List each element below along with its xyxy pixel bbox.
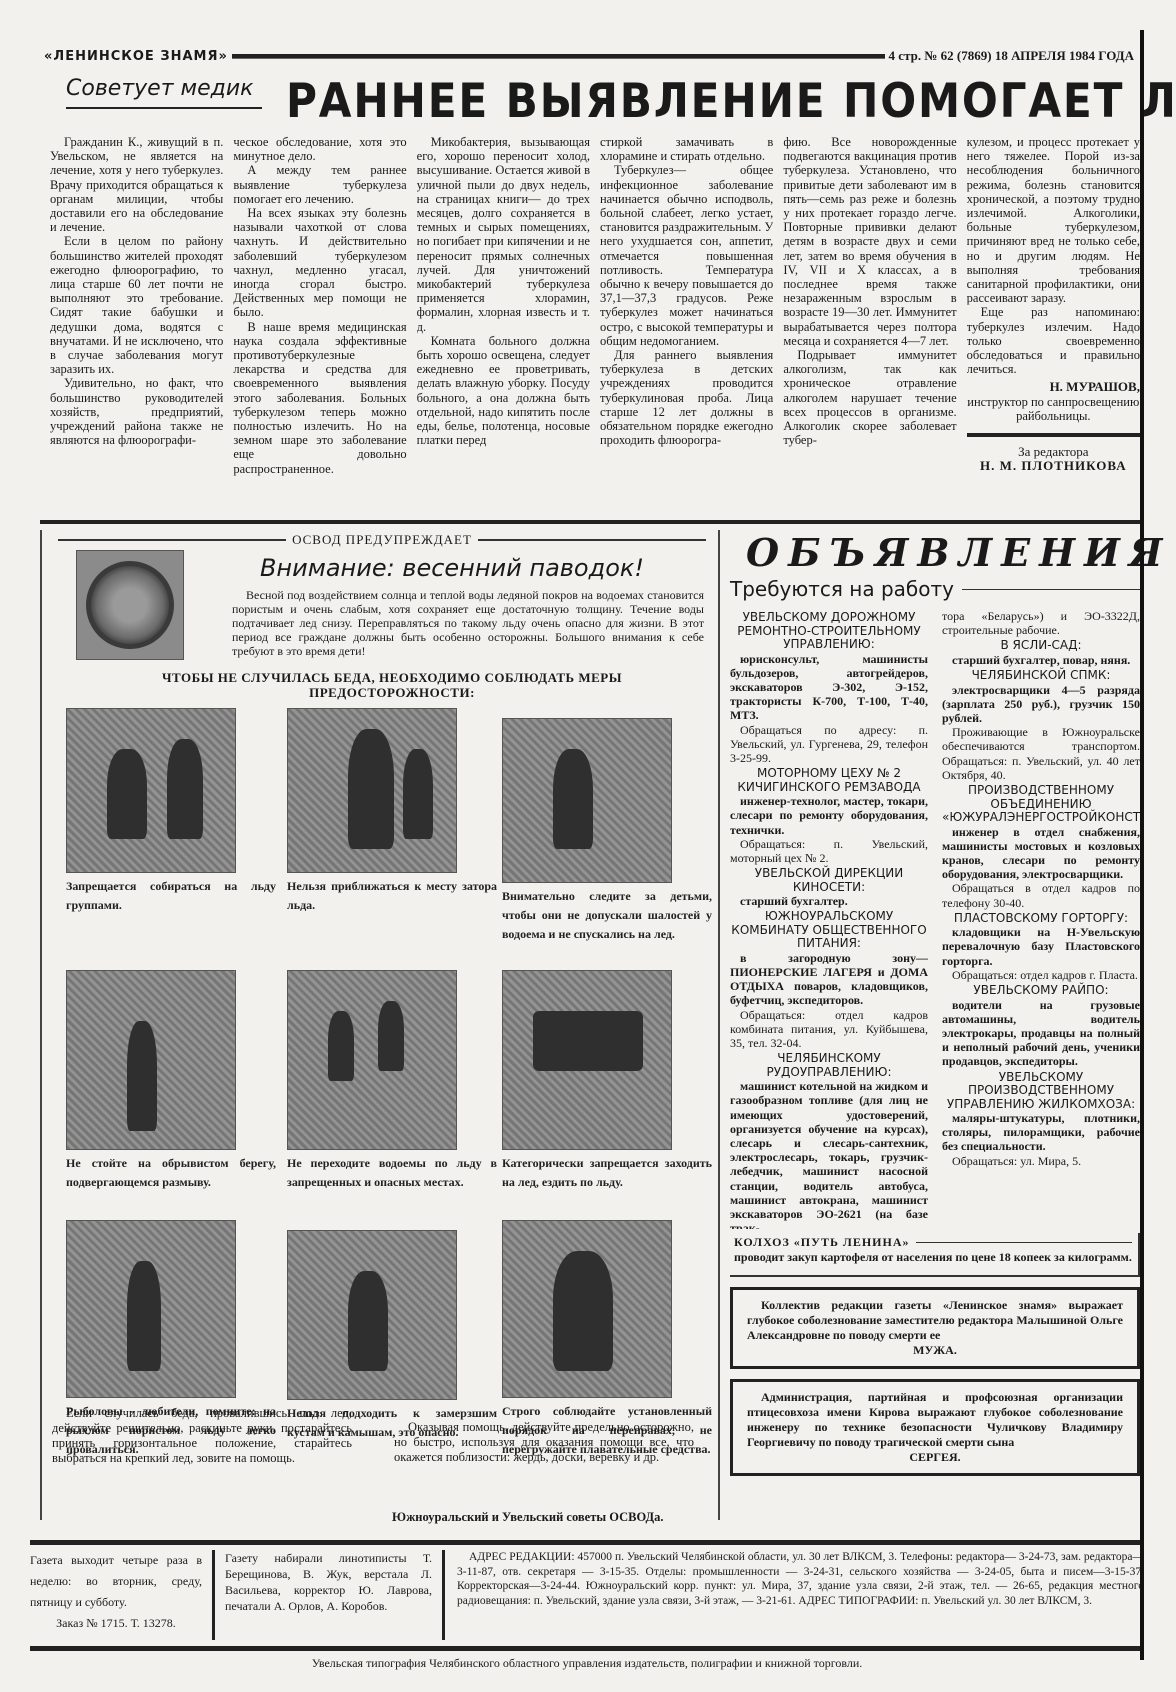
job-column-1: УВЕЛЬСКОМУ ДОРОЖНОМУ РЕМОНТНО-СТРОИТЕЛЬН…	[730, 609, 928, 1229]
job-contact: Обращаться: отдел кадров г. Пласта.	[942, 968, 1140, 982]
paragraph: ческое обследование, хотя это минутное д…	[233, 135, 406, 163]
employer-name: ЧЕЛЯБИНСКОЙ СПМК:	[942, 669, 1140, 683]
condolence-notice-1: Коллектив редакции газеты «Ленинское зна…	[730, 1287, 1140, 1369]
printer-line: Увельская типография Челябинского област…	[30, 1656, 1144, 1671]
job-contact: Обращаться: отдел кадров комбината питан…	[730, 1008, 928, 1051]
paragraph: Гражданин К., живущий в п. Увельском, не…	[50, 135, 223, 234]
item-caption: Не переходите водоемы по льду в запрещен…	[287, 1154, 497, 1192]
kolkhoz-text: проводит закуп картофеля от населения по…	[734, 1250, 1132, 1264]
illustration-image	[287, 708, 457, 873]
job-positions: старший бухгалтер, повар, няня.	[952, 653, 1130, 667]
item-caption: Категорически запрещается заходить на ле…	[502, 1154, 712, 1192]
warning-intro: Весной под воздействием солнца и теплой …	[232, 588, 704, 658]
employer-name: УВЕЛЬСКОМУ ПРОИЗВОДСТВЕННОМУ УПРАВЛЕНИЮ …	[942, 1071, 1140, 1112]
imprint-footer: Газета выходит четыре раза в неделю: во …	[30, 1550, 1144, 1640]
employer-name: ПЛАСТОВСКОМУ ГОРТОРГУ:	[942, 912, 1140, 926]
condolence-name: СЕРГЕЯ.	[747, 1450, 1123, 1465]
paragraph: Подрывает иммунитет алкоголизм, так как …	[783, 348, 956, 447]
article-headline: РАННЕЕ ВЫЯВЛЕНИЕ ПОМОГАЕТ ЛЕЧЕНИЮ	[286, 74, 1051, 129]
job-contact: Проживающие в Южноуральске обеспечиваютс…	[942, 725, 1140, 782]
section-divider	[40, 520, 1144, 524]
author-title: инструктор по санпросвещению райбольницы…	[967, 395, 1140, 423]
page-edge	[1140, 30, 1144, 1660]
paragraph: Комната больного должна быть хорошо осве…	[417, 334, 590, 448]
help-text-left: Если случилась беда, провалившись под ле…	[52, 1406, 352, 1466]
item-caption: Не стойте на обрывистом берегу, подверга…	[66, 1154, 276, 1192]
job-column-2: тора «Беларусь») и ЭО-3322Д, строительны…	[942, 609, 1140, 1229]
paragraph: Туберкулез— общее инфекционное заболеван…	[600, 163, 773, 348]
kolkhoz-heading: КОЛХОЗ «ПУТЬ ЛЕНИНА»	[734, 1235, 910, 1250]
issue-line: 4 стр. № 62 (7869) 18 АПРЕЛЯ 1984 ГОДА	[889, 48, 1134, 64]
order-number: Заказ № 1715. Т. 13278.	[30, 1613, 202, 1634]
job-contact: Обращаться в отдел кадров по телефону 30…	[942, 881, 1140, 909]
job-positions: машинист котельной на жидком и газообраз…	[730, 1079, 928, 1229]
safety-item: Запрещается собираться на льду группами.	[66, 708, 276, 915]
illustration-image	[502, 1220, 672, 1398]
article-body: Гражданин К., живущий в п. Увельском, не…	[50, 135, 1140, 510]
job-positions: водители на грузовые автомашины, водител…	[942, 998, 1140, 1069]
job-positions: старший бухгалтер.	[740, 894, 848, 908]
job-positions: в загородную зону— ПИОНЕРСКИЕ ЛАГЕРЯ и Д…	[730, 951, 928, 1008]
osvod-section: ОСВОД ПРЕДУПРЕЖДАЕТ Внимание: весенний п…	[40, 530, 720, 1520]
bottom-rule	[30, 1646, 1144, 1651]
publication-schedule: Газета выходит четыре раза в неделю: во …	[30, 1550, 215, 1640]
safety-item: Не стойте на обрывистом берегу, подверга…	[66, 970, 276, 1192]
illustration-image	[66, 970, 236, 1150]
editor-label: За редактора	[967, 445, 1140, 459]
paragraph: Если в целом по району большинство жител…	[50, 234, 223, 376]
ads-subtitle-text: Требуются на работу	[730, 577, 954, 601]
article-kicker: Советует медик	[66, 76, 262, 109]
condolence-notice-2: Администрация, партийная и профсоюзная о…	[730, 1379, 1140, 1476]
item-caption: Внимательно следите за детьми, чтобы они…	[502, 887, 712, 944]
illustration-image	[287, 970, 457, 1150]
safety-item: Не переходите водоемы по льду в запрещен…	[287, 970, 497, 1192]
schedule-text: Газета выходит четыре раза в неделю: во …	[30, 1550, 202, 1613]
paragraph: Микобактерия, вызывающая его, хорошо пер…	[417, 135, 590, 334]
paragraph: В наше время медицинская наука создала э…	[233, 320, 406, 476]
paragraph: кулезом, и процесс протекает у него тяже…	[967, 135, 1140, 305]
editor-name: Н. М. ПЛОТНИКОВА	[980, 458, 1127, 473]
job-positions: инженер в отдел снабжения, машинисты мос…	[942, 825, 1140, 882]
job-contact: Обращаться: ул. Мира, 5.	[942, 1154, 1140, 1168]
employer-name: ЮЖНОУРАЛЬСКОМУ КОМБИНАТУ ОБЩЕСТВЕННОГО П…	[730, 910, 928, 951]
condolence-name: МУЖА.	[747, 1343, 1123, 1358]
article-column-5: фию. Все новорожденные подвегаются вакци…	[783, 135, 956, 510]
article-column-1: Гражданин К., живущий в п. Увельском, не…	[50, 135, 223, 510]
rules-heading: ЧТОБЫ НЕ СЛУЧИЛАСЬ БЕДА, НЕОБХОДИМО СОБЛ…	[102, 670, 682, 700]
illustration-image	[502, 970, 672, 1150]
article-column-6: кулезом, и процесс протекает у него тяже…	[967, 135, 1140, 510]
safety-item: Внимательно следите за детьми, чтобы они…	[502, 718, 712, 944]
item-caption: Запрещается собираться на льду группами.	[66, 877, 276, 915]
paper-name: «ЛЕНИНСКОЕ ЗНАМЯ»	[44, 49, 228, 64]
paragraph: Удивительно, но факт, что большинство ру…	[50, 376, 223, 447]
job-contact: Обращаться по адресу: п. Увельский, ул. …	[730, 723, 928, 766]
editor-rule	[967, 433, 1140, 437]
employer-name: ПРОИЗВОДСТВЕННОМУ ОБЪЕДИНЕНИЮ «ЮЖУРАЛЭНЕ…	[942, 784, 1140, 825]
illustration-image	[66, 1220, 236, 1398]
author-name: Н. МУРАШОВ,	[967, 380, 1140, 394]
job-positions: юрисконсульт, машинисты бульдозеров, авт…	[730, 652, 928, 723]
osvod-signature: Южноуральский и Увельский советы ОСВОДа.	[392, 1510, 664, 1525]
kolkhoz-notice: КОЛХОЗ «ПУТЬ ЛЕНИНА» проводит закуп карт…	[730, 1233, 1140, 1277]
job-listings: УВЕЛЬСКОМУ ДОРОЖНОМУ РЕМОНТНО-СТРОИТЕЛЬН…	[730, 609, 1140, 1229]
staff-credits: Газету набирали линотиписты Т. Берещинов…	[215, 1550, 445, 1640]
paragraph: Для раннего выявления туберкулеза в детс…	[600, 348, 773, 447]
editorial-address: АДРЕС РЕДАКЦИИ: 457000 п. Увельский Челя…	[445, 1550, 1144, 1640]
condolence-text: Коллектив редакции газеты «Ленинское зна…	[747, 1298, 1123, 1342]
item-caption: Нельзя приближаться к месту затора льда.	[287, 877, 497, 915]
employer-name: ЧЕЛЯБИНСКОМУ РУДОУПРАВЛЕНИЮ:	[730, 1052, 928, 1079]
article-column-3: Микобактерия, вызывающая его, хорошо пер…	[417, 135, 590, 510]
osvod-emblem-icon	[76, 550, 184, 660]
ads-subtitle: Требуются на работу	[730, 577, 1140, 601]
job-positions: кладовщики на Н-Увельскую перевалочную б…	[942, 925, 1140, 967]
help-text-right: Оказывая помощь, действуйте предельно ос…	[394, 1420, 694, 1465]
safety-item: Нельзя приближаться к месту затора льда.	[287, 708, 497, 915]
paragraph: На всех языках эту болезнь называли чахо…	[233, 206, 406, 320]
warning-title: Внимание: весенний паводок!	[232, 554, 672, 582]
employer-name: УВЕЛЬСКОЙ ДИРЕКЦИИ КИНОСЕТИ:	[730, 867, 928, 894]
paragraph: А между тем раннее выявление туберкулеза…	[233, 163, 406, 206]
illustration-image	[502, 718, 672, 883]
employer-name: УВЕЛЬСКОМУ ДОРОЖНОМУ РЕМОНТНО-СТРОИТЕЛЬН…	[730, 611, 928, 652]
job-positions: электросварщики 4—5 разряда (зарплата 25…	[942, 683, 1140, 725]
illustration-image	[66, 708, 236, 873]
paragraph: стиркой замачивать в хлорамине и стирать…	[600, 135, 773, 163]
masthead: «ЛЕНИНСКОЕ ЗНАМЯ» 4 стр. № 62 (7869) 18 …	[44, 44, 1134, 68]
employer-name: В ЯСЛИ-САД:	[942, 639, 1140, 653]
job-positions: инженер-технолог, мастер, токари, слесар…	[730, 794, 928, 836]
illustration-image	[287, 1230, 457, 1400]
safety-item: Категорически запрещается заходить на ле…	[502, 970, 712, 1192]
osvod-label: ОСВОД ПРЕДУПРЕЖДАЕТ	[292, 532, 472, 548]
article-column-4: стиркой замачивать в хлорамине и стирать…	[600, 135, 773, 510]
ads-title: ОБЪЯВЛЕНИЯ	[730, 530, 1140, 575]
employer-name: МОТОРНОМУ ЦЕХУ № 2 КИЧИГИНСКОГО РЕМЗАВОД…	[730, 767, 928, 794]
osvod-header: ОСВОД ПРЕДУПРЕЖДАЕТ	[52, 532, 712, 548]
paragraph: фию. Все новорожденные подвегаются вакци…	[783, 135, 956, 348]
employer-name: УВЕЛЬСКОМУ РАЙПО:	[942, 984, 1140, 998]
condolence-text: Администрация, партийная и профсоюзная о…	[747, 1390, 1123, 1449]
job-positions: тора «Беларусь») и ЭО-3322Д, строительны…	[942, 609, 1140, 637]
job-contact: Обращаться: п. Увельский, моторный цех №…	[730, 837, 928, 865]
job-positions: маляры-штукатуры, плотники, столяры, пил…	[942, 1111, 1140, 1153]
masthead-rule	[232, 54, 885, 59]
ads-section: ОБЪЯВЛЕНИЯ Требуются на работу УВЕЛЬСКОМ…	[730, 530, 1140, 1520]
footer-rule	[30, 1540, 1144, 1545]
paragraph: Еще раз напоминаю: туберкулез излечим. Н…	[967, 305, 1140, 376]
article-column-2: ческое обследование, хотя это минутное д…	[233, 135, 406, 510]
